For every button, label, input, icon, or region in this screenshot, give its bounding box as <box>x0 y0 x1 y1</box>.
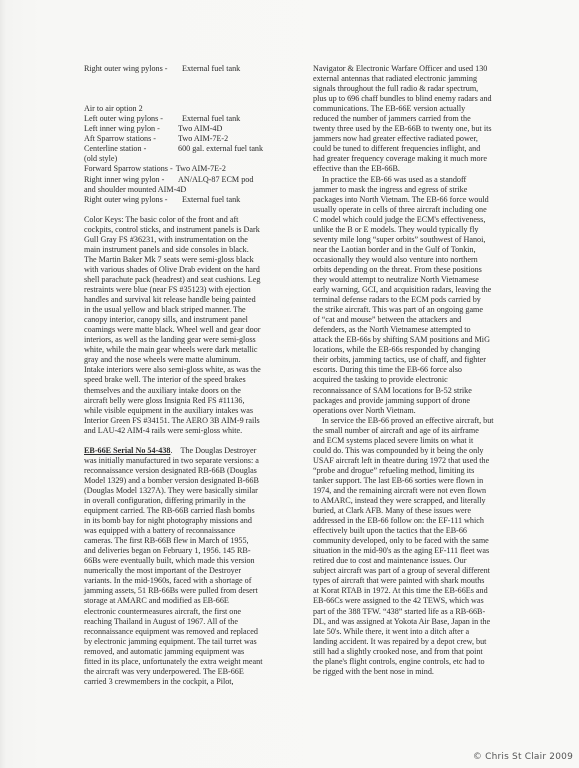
text-line: in overall configuration, differing prim… <box>84 496 300 506</box>
text-line: storage at AMARC and modified as EB-66E <box>84 596 300 606</box>
text-line: gray and the nose wheels were matte alum… <box>84 355 300 365</box>
text-line: carried 3 crewmembers in the cockpit, a … <box>84 677 300 687</box>
store-value: Two AIM-7E-2 <box>178 134 228 144</box>
text-line: “probe and drogue” refueling method, lim… <box>313 466 531 476</box>
text-line: (Douglas Model 1327A). They were basical… <box>84 486 300 496</box>
text-line: Interior Green FS #34151. The AERO 3B AI… <box>84 416 300 426</box>
text-line: cockpits, control sticks, and instrument… <box>84 225 300 235</box>
text-line: to AMARC, instead they were scrapped, an… <box>313 496 531 506</box>
text-line: jammer to mask the ingress and egress of… <box>313 185 531 195</box>
text-line: the strike aircraft. This was part of an… <box>313 305 531 315</box>
text-line: equipment carried. The RB-66B carried fl… <box>84 506 300 516</box>
text-line: subject aircraft was part of a group of … <box>313 566 531 576</box>
store-value: External fuel tank <box>182 114 240 124</box>
station-label: Left outer wing pylons - <box>84 114 182 124</box>
station-label: Forward Sparrow stations - <box>84 164 176 174</box>
text-line: still had a slightly crooked nose, and f… <box>313 647 531 657</box>
text-line: effective than the EB-66B. <box>313 164 531 174</box>
text-line: handles and survival kit release handle … <box>84 295 300 305</box>
copyright-watermark: © Chris St Clair 2009 <box>473 752 573 762</box>
text-line: effectively built upon the tactics that … <box>313 526 531 536</box>
store-value: Two AIM-7E-2 <box>176 164 226 174</box>
text-line: locations, while the EB-66s responded by… <box>313 345 531 355</box>
text-line: twenty three used by the EB-66B to twent… <box>313 124 531 134</box>
text-line: DL, and was assigned at Yokota Air Base,… <box>313 617 531 627</box>
text-line: was equipped with a battery of reconnais… <box>84 526 300 536</box>
text-line: reconnaissance equipment was removed and… <box>84 627 300 637</box>
store-value: AN/ALQ-87 ECM pod <box>178 175 253 185</box>
station-label: and shoulder mounted AIM-4D <box>84 185 182 195</box>
text-line: could do. This was compounded by it bein… <box>313 446 531 456</box>
loadout-row: (old style) <box>84 154 300 164</box>
left-column: Right outer wing pylons - External fuel … <box>84 64 300 687</box>
text-line: packages and provide jamming support of … <box>313 396 531 406</box>
text-line: Intake interiors were also semi-gloss wh… <box>84 365 300 375</box>
store-value: External fuel tank <box>182 64 240 74</box>
loadout-row: Aft Sparrow stations -Two AIM-7E-2 <box>84 134 300 144</box>
text-line: they would attempt to neutralize North V… <box>313 275 531 285</box>
text-line: part of the 388 TFW. “438” started life … <box>313 607 531 617</box>
text-line: and deliveries began on February 1, 1956… <box>84 546 300 556</box>
text-line: Model 1329) and a bomber version designa… <box>84 476 300 486</box>
text-line: jammers now had greater effective radiat… <box>313 134 531 144</box>
text-line: In practice the EB-66 was used as a stan… <box>313 175 531 185</box>
text-line: Gull Gray FS #36231, with instrumentatio… <box>84 235 300 245</box>
text-line: escorts. During this time the EB-66 forc… <box>313 365 531 375</box>
text-line: be rigged with the bent nose in mind. <box>313 667 531 677</box>
text-line: types of aircraft that were painted with… <box>313 576 531 586</box>
text-line: reaching Thailand in August of 1967. All… <box>84 617 300 627</box>
store-value: External fuel tank <box>182 195 240 205</box>
text-line: reconnaissance version designated RB-66B… <box>84 466 300 476</box>
text-line: addressed in the EB-66 follow on: the EF… <box>313 516 531 526</box>
color-keys-paragraph: Color Keys: The basic color of the front… <box>84 215 300 436</box>
text-line: situation in the mid-90's as the aging E… <box>313 546 531 556</box>
loadout-row: Centerline station -600 gal. external fu… <box>84 144 300 154</box>
text-line: community developed, only to be faced wi… <box>313 536 531 546</box>
loadout-row: Left outer wing pylons -External fuel ta… <box>84 114 300 124</box>
text-line: seventy mile long “super orbits” southwe… <box>313 235 531 245</box>
text-line: reduced the number of jammers carried fr… <box>313 114 531 124</box>
scanned-page: Right outer wing pylons - External fuel … <box>0 0 579 768</box>
text-line: terminal defense radars to the ECM pods … <box>313 295 531 305</box>
text-line: communications. The EB-66E version actua… <box>313 104 531 114</box>
text-line: variants. In the mid-1960s, faced with a… <box>84 576 300 586</box>
text-line: orbits depending on the threat. From the… <box>313 265 531 275</box>
option2-loadout-list: Left outer wing pylons -External fuel ta… <box>84 114 300 204</box>
loadout-row: and shoulder mounted AIM-4D <box>84 185 300 195</box>
text-line: coamings were matte black. Wheel well an… <box>84 325 300 335</box>
station-label: Aft Sparrow stations - <box>84 134 178 144</box>
text-line: shell parachute pack (headrest) and seat… <box>84 275 300 285</box>
station-label: Right outer wing pylons - <box>84 195 182 205</box>
text-line: restraints were blue (near FS #35123) wi… <box>84 285 300 295</box>
loadout-row: Right outer wing pylons - External fuel … <box>84 64 300 74</box>
text-line: the small number of aircraft and age of … <box>313 426 531 436</box>
text-line: their orbits, jamming tactics, use of ch… <box>313 355 531 365</box>
text-line: Navigator & Electronic Warfare Officer a… <box>313 64 531 74</box>
text-line: the aircraft was very underpowered. The … <box>84 667 300 677</box>
text-line: and ECM systems placed severe limits on … <box>313 436 531 446</box>
text-line: plus up to 696 chaff bundles to blind en… <box>313 94 531 104</box>
serial-heading: EB-66E Serial No 54-438 <box>84 446 170 456</box>
text-line: had greater frequency coverage making it… <box>313 154 531 164</box>
text-line: tanker support. The last EB-66 sorties w… <box>313 476 531 486</box>
text-line: Color Keys: The basic color of the front… <box>84 215 300 225</box>
text-line: 66Bs were eventually built, which made t… <box>84 556 300 566</box>
text-line: was initially manufactured in two separa… <box>84 456 300 466</box>
text-line: reconnaissance of SAM locations for B-52… <box>313 386 531 396</box>
serial-heading-rest: . The Douglas Destroyer <box>170 446 256 456</box>
text-line: buried, at Clark AFB. Many of these issu… <box>313 506 531 516</box>
text-line: external antennas that radiated electron… <box>313 74 531 84</box>
option-title: Air to air option 2 <box>84 104 300 114</box>
text-line: speed brake well. The interior of the sp… <box>84 375 300 385</box>
text-line: attack the EB-66s by shifting SAM positi… <box>313 335 531 345</box>
text-line: removed, and automatic jamming equipment… <box>84 647 300 657</box>
text-line: C model which could judge the ECM's effe… <box>313 215 531 225</box>
text-line: while visible equipment in the auxiliary… <box>84 406 300 416</box>
paragraph-in-practice: In practice the EB-66 was used as a stan… <box>313 175 531 416</box>
loadout-row: Left inner wing pylon -Two AIM-4D <box>84 124 300 134</box>
loadout-row: Forward Sparrow stations -Two AIM-7E-2 <box>84 164 300 174</box>
station-label: Centerline station - <box>84 144 178 154</box>
text-line: could be tuned to different frequencies … <box>313 144 531 154</box>
text-line: themselves and the auxiliary intake door… <box>84 386 300 396</box>
text-line: cameras. The first RB-66B flew in March … <box>84 536 300 546</box>
text-line: usually operate in cells of three aircra… <box>313 205 531 215</box>
text-line: EB-66Cs were assigned to the 42 TEWS, wh… <box>313 596 531 606</box>
text-line: USAF aircraft left in theatre during 197… <box>313 456 531 466</box>
text-line: in the usual yellow and black striped ma… <box>84 305 300 315</box>
station-label: (old style) <box>84 154 182 164</box>
text-line: near the Laotian border and in the Gulf … <box>313 245 531 255</box>
text-line: by electronic jamming equipment. The tai… <box>84 637 300 647</box>
text-line: of “cat and mouse” between the attackers… <box>313 315 531 325</box>
text-line: white, while the main gear wheels were d… <box>84 345 300 355</box>
text-line: 1974, and the remaining aircraft were no… <box>313 486 531 496</box>
loadout-row: Right inner wing pylon -AN/ALQ-87 ECM po… <box>84 175 300 185</box>
text-line: signals throughout the full radio & rada… <box>313 84 531 94</box>
store-value: Two AIM-4D <box>178 124 222 134</box>
text-line: occasionally they would also venture int… <box>313 255 531 265</box>
paragraph-ecm-description: Navigator & Electronic Warfare Officer a… <box>313 64 531 175</box>
serial-heading-line: EB-66E Serial No 54-438 . The Douglas De… <box>84 446 300 456</box>
text-line: unlike the B or E models. They would typ… <box>313 225 531 235</box>
text-line: with various shades of Olive Drab eviden… <box>84 265 300 275</box>
text-line: late 50's. While there, it went into a d… <box>313 627 531 637</box>
paragraph-in-service: In service the EB-66 proved an effective… <box>313 416 531 677</box>
text-line: fitted in its place, unfortunately the e… <box>84 657 300 667</box>
station-label: Right inner wing pylon - <box>84 175 178 185</box>
text-line: interiors, as well as the landing gear w… <box>84 335 300 345</box>
serial-paragraph: was initially manufactured in two separa… <box>84 456 300 687</box>
text-line: and LAU-42 AIM-4 rails were semi-gloss w… <box>84 426 300 436</box>
text-line: landing accident. It was repaired by a d… <box>313 637 531 647</box>
station-label: Left inner wing pylon - <box>84 124 178 134</box>
text-line: The Martin Baker Mk 7 seats were semi-gl… <box>84 255 300 265</box>
text-line: main instrument panels and side consoles… <box>84 245 300 255</box>
text-line: operations over North Vietnam. <box>313 406 531 416</box>
text-line: defenders, as the North Vietnamese attem… <box>313 325 531 335</box>
text-line: acquired the tasking to provide electron… <box>313 375 531 385</box>
text-line: jamming assets, 51 RB-66Bs were pulled f… <box>84 586 300 596</box>
text-line: retired due to cost and maintenance issu… <box>313 556 531 566</box>
right-column: Navigator & Electronic Warfare Officer a… <box>313 64 531 677</box>
store-value: 600 gal. external fuel tank <box>178 144 263 154</box>
text-line: early warning, GCI, and acquisition rada… <box>313 285 531 295</box>
text-line: numerically the most important of the De… <box>84 566 300 576</box>
loadout-row: Right outer wing pylons -External fuel t… <box>84 195 300 205</box>
text-line: In service the EB-66 proved an effective… <box>313 416 531 426</box>
station-label: Right outer wing pylons - <box>84 64 182 74</box>
text-line: in its bomb bay for night photography mi… <box>84 516 300 526</box>
text-line: packages into North Vietnam. The EB-66 f… <box>313 195 531 205</box>
text-line: the plane's flight controls, engine cont… <box>313 657 531 667</box>
text-line: canopy interior, canopy sills, and instr… <box>84 315 300 325</box>
text-line: at Korat RTAB in 1972. At this time the … <box>313 586 531 596</box>
text-line: aircraft belly were gloss Insignia Red F… <box>84 396 300 406</box>
text-line: electronic countermeasures aircraft, the… <box>84 607 300 617</box>
